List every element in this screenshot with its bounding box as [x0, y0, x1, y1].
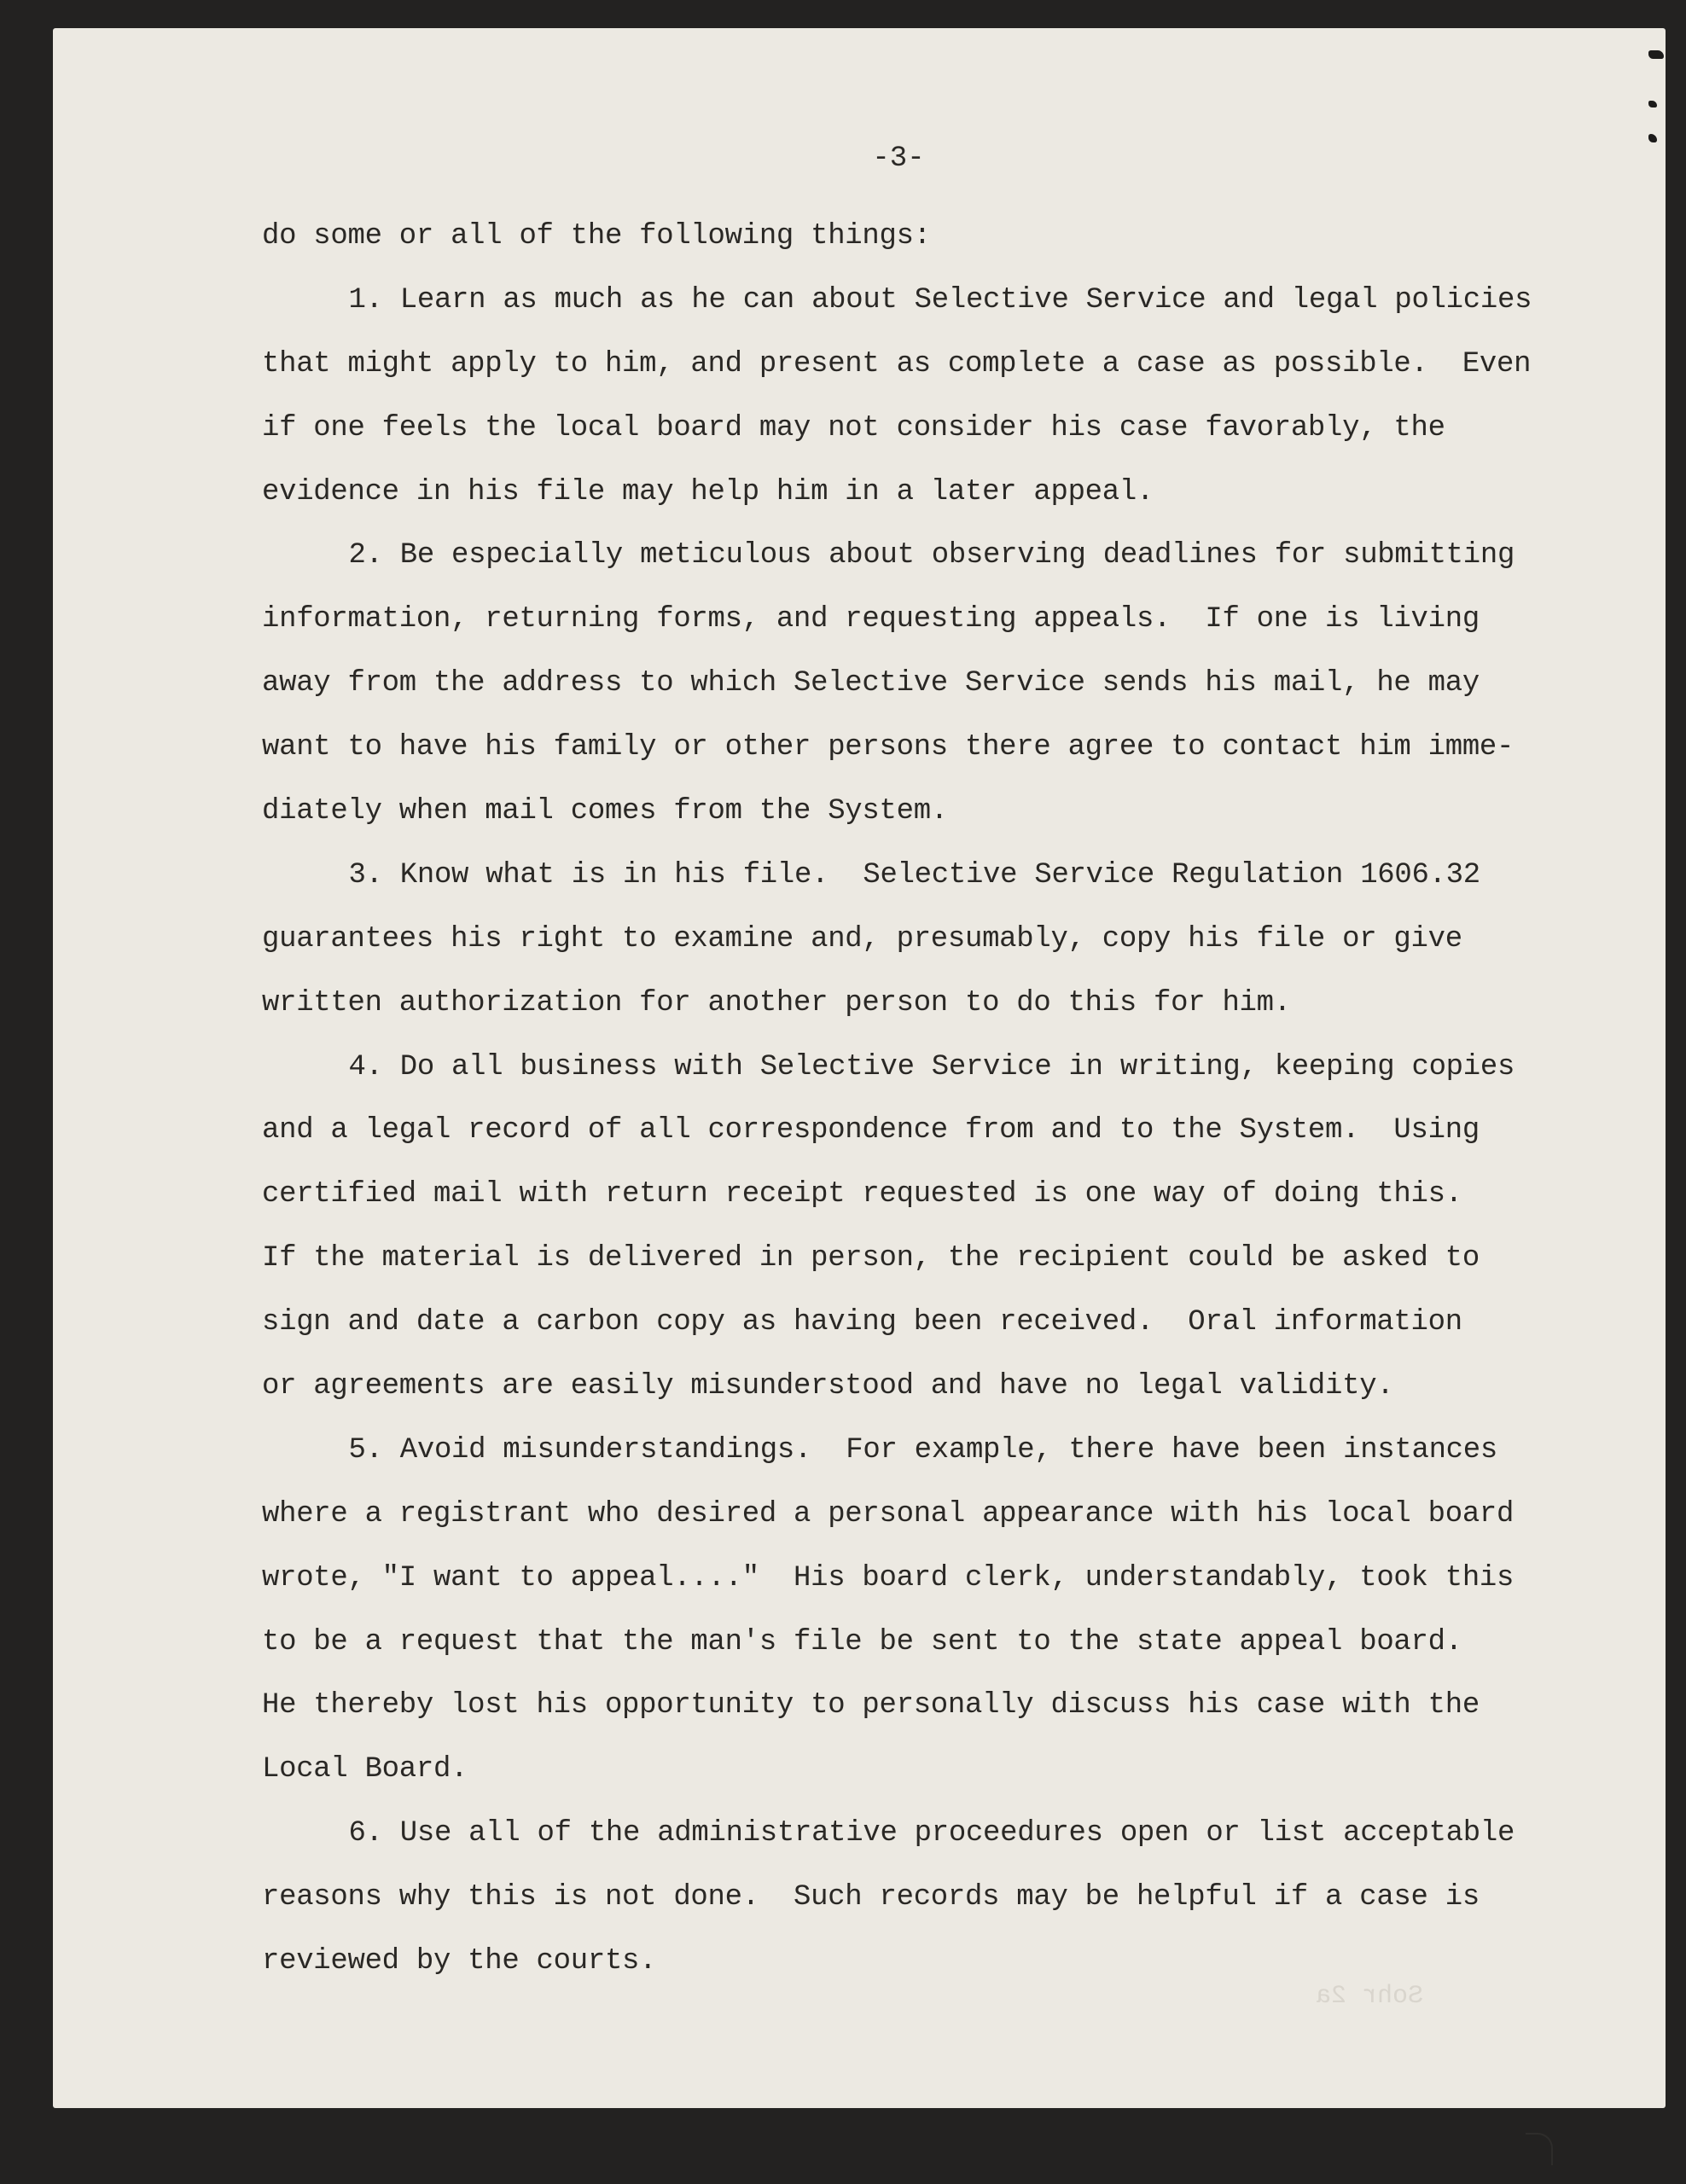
- page-number: -3-: [53, 137, 1666, 180]
- text-line: He thereby lost his opportunity to perso…: [262, 1674, 1573, 1738]
- text-line: and a legal record of all correspondence…: [262, 1099, 1573, 1163]
- list-item-1-line: 1. Learn as much as he can about Selecti…: [262, 269, 1573, 333]
- text-line: to be a request that the man's file be s…: [262, 1611, 1573, 1675]
- text-line: away from the address to which Selective…: [262, 652, 1573, 716]
- pencil-mark: [1526, 2133, 1553, 2165]
- list-item-5-line: 5. Avoid misunderstandings. For example,…: [262, 1419, 1573, 1483]
- list-item-2-line: 2. Be especially meticulous about observ…: [262, 524, 1573, 588]
- text-line: want to have his family or other persons…: [262, 716, 1573, 780]
- text-line: or agreements are easily misunderstood a…: [262, 1355, 1573, 1419]
- text-line: Local Board.: [262, 1738, 1573, 1802]
- text-line: diately when mail comes from the System.: [262, 780, 1573, 844]
- binding-hole-mark: [1648, 50, 1664, 59]
- text-line: information, returning forms, and reques…: [262, 588, 1573, 652]
- text-line: certified mail with return receipt reque…: [262, 1163, 1573, 1227]
- document-body: do some or all of the following things: …: [262, 205, 1593, 1994]
- scanned-page-background: Sohr 2a -3- do some or all of the follow…: [0, 0, 1686, 2184]
- text-line: wrote, "I want to appeal...." His board …: [262, 1547, 1573, 1611]
- list-item-4-line: 4. Do all business with Selective Servic…: [262, 1036, 1573, 1100]
- text-line: evidence in his file may help him in a l…: [262, 461, 1573, 525]
- text-line: sign and date a carbon copy as having be…: [262, 1291, 1573, 1355]
- text-line: guarantees his right to examine and, pre…: [262, 908, 1573, 972]
- text-line: do some or all of the following things:: [262, 205, 1573, 269]
- text-line: where a registrant who desired a persona…: [262, 1483, 1573, 1547]
- text-line: that might apply to him, and present as …: [262, 333, 1573, 397]
- text-line: if one feels the local board may not con…: [262, 397, 1573, 461]
- list-item-6-line: 6. Use all of the administrative proceed…: [262, 1802, 1573, 1866]
- text-line: reasons why this is not done. Such recor…: [262, 1866, 1573, 1930]
- text-line: If the material is delivered in person, …: [262, 1227, 1573, 1291]
- list-item-3-line: 3. Know what is in his file. Selective S…: [262, 844, 1573, 908]
- text-line: reviewed by the courts.: [262, 1930, 1573, 1994]
- binding-hole-mark: [1648, 101, 1657, 107]
- text-line: written authorization for another person…: [262, 972, 1573, 1036]
